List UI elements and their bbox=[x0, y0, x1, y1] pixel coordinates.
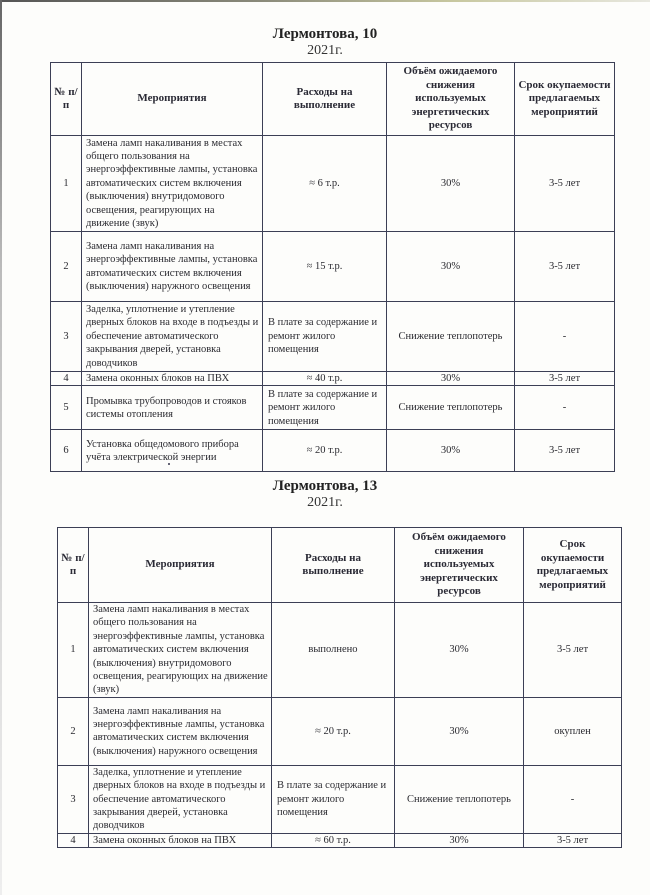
row-activity: Замена оконных блоков на ПВХ bbox=[82, 372, 263, 386]
col-header-reduction: Объём ожидаемого снижения используемых э… bbox=[395, 528, 524, 603]
row-cost: В плате за содержание и ремонт жилого по… bbox=[272, 765, 395, 833]
row-number: 3 bbox=[51, 302, 82, 372]
table-row: 1 Замена ламп накаливания в местах общег… bbox=[58, 603, 622, 698]
table-row: 2 Замена ламп накаливания на энергоэффек… bbox=[51, 232, 615, 302]
row-reduction: 30% bbox=[387, 430, 515, 472]
row-number: 6 bbox=[51, 430, 82, 472]
row-cost: В плате за содержание и ремонт жилого по… bbox=[263, 386, 387, 430]
table-row: 4 Замена оконных блоков на ПВХ ≈ 60 т.р.… bbox=[58, 833, 622, 847]
row-activity: Замена ламп накаливания на энергоэффекти… bbox=[82, 232, 263, 302]
table-header-row: № п/п Мероприятия Расходы на выполнение … bbox=[58, 528, 622, 603]
row-activity: Замена ламп накаливания на энергоэффекти… bbox=[89, 697, 272, 765]
row-payback: 3-5 лет bbox=[515, 232, 615, 302]
col-header-payback: Срок окупаемости предлагаемых мероприяти… bbox=[515, 63, 615, 136]
row-payback: 3-5 лет bbox=[515, 136, 615, 232]
row-number: 5 bbox=[51, 386, 82, 430]
col-header-cost: Расходы на выполнение bbox=[263, 63, 387, 136]
row-cost: ≈ 6 т.р. bbox=[263, 136, 387, 232]
table-row: 5 Промывка трубопроводов и стояков систе… bbox=[51, 386, 615, 430]
year-label: 2021г. bbox=[0, 43, 650, 59]
scan-edge-top bbox=[0, 0, 650, 2]
row-cost: В плате за содержание и ремонт жилого по… bbox=[263, 302, 387, 372]
table-header-row: № п/п Мероприятия Расходы на выполнение … bbox=[51, 63, 615, 136]
row-reduction: Снижение теплопотерь bbox=[387, 386, 515, 430]
col-header-activity: Мероприятия bbox=[82, 63, 263, 136]
row-cost: ≈ 20 т.р. bbox=[272, 697, 395, 765]
row-payback: 3-5 лет bbox=[515, 430, 615, 472]
row-number: 1 bbox=[58, 603, 89, 698]
row-activity: Замена оконных блоков на ПВХ bbox=[89, 833, 272, 847]
year-label: 2021г. bbox=[0, 495, 650, 511]
col-header-num: № п/п bbox=[51, 63, 82, 136]
row-reduction: 30% bbox=[395, 603, 524, 698]
row-activity: Установка общедомового прибора учёта эле… bbox=[82, 430, 263, 472]
address-title: Лермонтова, 10 bbox=[0, 26, 650, 43]
address-title: Лермонтова, 13 bbox=[0, 478, 650, 495]
row-cost: ≈ 60 т.р. bbox=[272, 833, 395, 847]
table-row: 1 Замена ламп накаливания в местах общег… bbox=[51, 136, 615, 232]
measures-table-2: № п/п Мероприятия Расходы на выполнение … bbox=[57, 527, 622, 848]
row-number: 2 bbox=[58, 697, 89, 765]
row-payback: 3-5 лет bbox=[515, 372, 615, 386]
table-row: 2 Замена ламп накаливания на энергоэффек… bbox=[58, 697, 622, 765]
row-reduction: 30% bbox=[395, 697, 524, 765]
section-heading-2: Лермонтова, 13 2021г. bbox=[0, 478, 650, 511]
row-reduction: Снижение теплопотерь bbox=[395, 765, 524, 833]
row-cost: ≈ 40 т.р. bbox=[263, 372, 387, 386]
row-activity: Промывка трубопроводов и стояков системы… bbox=[82, 386, 263, 430]
row-reduction: 30% bbox=[387, 372, 515, 386]
row-number: 4 bbox=[58, 833, 89, 847]
row-activity: Заделка, уплотнение и утепление дверных … bbox=[89, 765, 272, 833]
table-row: 3 Заделка, уплотнение и утепление дверны… bbox=[51, 302, 615, 372]
row-activity: Замена ламп накаливания в местах общего … bbox=[82, 136, 263, 232]
row-activity: Замена ламп накаливания в местах общего … bbox=[89, 603, 272, 698]
row-payback: 3-5 лет bbox=[524, 603, 622, 698]
col-header-payback: Срок окупаемости предлагаемых мероприяти… bbox=[524, 528, 622, 603]
section-heading-1: Лермонтова, 10 2021г. bbox=[0, 26, 650, 59]
col-header-reduction: Объём ожидаемого снижения используемых э… bbox=[387, 63, 515, 136]
row-payback: - bbox=[524, 765, 622, 833]
row-payback: - bbox=[515, 386, 615, 430]
row-payback: окуплен bbox=[524, 697, 622, 765]
row-cost: выполнено bbox=[272, 603, 395, 698]
row-payback: - bbox=[515, 302, 615, 372]
table-row: 4 Замена оконных блоков на ПВХ ≈ 40 т.р.… bbox=[51, 372, 615, 386]
table-row: 6 Установка общедомового прибора учёта э… bbox=[51, 430, 615, 472]
row-payback: 3-5 лет bbox=[524, 833, 622, 847]
row-reduction: 30% bbox=[387, 136, 515, 232]
measures-table-1: № п/п Мероприятия Расходы на выполнение … bbox=[50, 62, 615, 472]
scan-edge-left bbox=[0, 0, 2, 895]
scan-speck bbox=[168, 463, 170, 465]
col-header-activity: Мероприятия bbox=[89, 528, 272, 603]
row-reduction: Снижение теплопотерь bbox=[387, 302, 515, 372]
row-activity: Заделка, уплотнение и утепление дверных … bbox=[82, 302, 263, 372]
row-reduction: 30% bbox=[387, 232, 515, 302]
row-number: 2 bbox=[51, 232, 82, 302]
row-number: 4 bbox=[51, 372, 82, 386]
row-number: 1 bbox=[51, 136, 82, 232]
row-cost: ≈ 15 т.р. bbox=[263, 232, 387, 302]
table-row: 3 Заделка, уплотнение и утепление дверны… bbox=[58, 765, 622, 833]
row-number: 3 bbox=[58, 765, 89, 833]
col-header-cost: Расходы на выполнение bbox=[272, 528, 395, 603]
col-header-num: № п/п bbox=[58, 528, 89, 603]
row-cost: ≈ 20 т.р. bbox=[263, 430, 387, 472]
row-reduction: 30% bbox=[395, 833, 524, 847]
